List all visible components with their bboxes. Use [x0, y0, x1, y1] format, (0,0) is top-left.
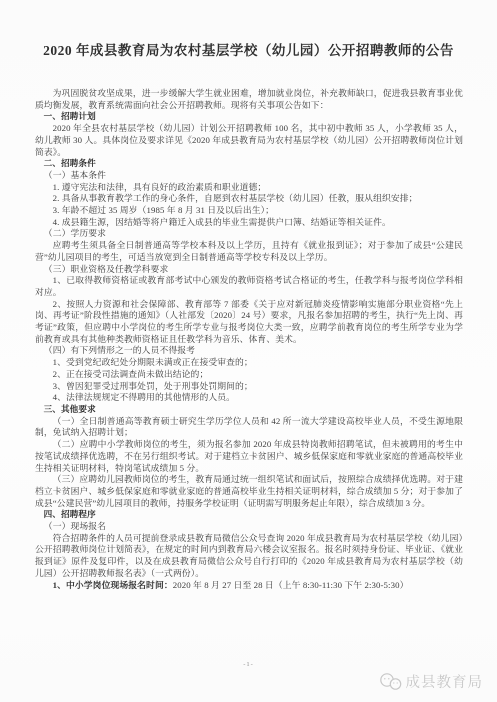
wechat-logo-icon	[379, 672, 403, 692]
doc-block-h1: 一、招聘计划	[35, 111, 463, 123]
doc-block-item: 1、已取得教师资格证或教育部考试中心颁发的教师资格考试合格证的考生，任教学科与报…	[35, 275, 463, 298]
doc-block-para: （三）应聘幼儿园教师岗位的考生，教育局通过统一组织笔试和面试后，按照综合成绩择优…	[35, 474, 463, 509]
doc-block-item: 2、正在接受司法调查尚未做出结论的；	[35, 369, 463, 381]
doc-block-item: 1、中小学岗位现场报名时间：2020 年 8 月 27 日至 28 日（上午 8…	[35, 580, 463, 592]
document-body: 为巩固脱贫攻坚成果，进一步缓解大学生就业困难，增加就业岗位，补充教师缺口，促进我…	[35, 88, 463, 591]
watermark: 成县教育局	[379, 671, 484, 692]
doc-block-item: 3. 年龄不超过 35 周岁（1985 年 8 月 31 日及以后出生）；	[35, 205, 463, 217]
doc-block-para: （二）应聘中小学教师岗位的考生，须为报名参加 2020 年成县特岗教师招聘笔试，…	[35, 439, 463, 474]
doc-block-h2: （一）现场报名	[35, 521, 463, 533]
doc-block-h2: （四）有下列情形之一的人员不得报考	[35, 345, 463, 357]
document-title: 2020 年成县教育局为农村基层学校（幼儿园）公开招聘教师的公告	[25, 42, 472, 60]
doc-block-para: 为巩固脱贫攻坚成果，进一步缓解大学生就业困难，增加就业岗位，补充教师缺口，促进我…	[35, 88, 463, 111]
page-number: -1-	[0, 661, 497, 668]
doc-block-h1: 四、招聘程序	[35, 509, 463, 521]
doc-block-h1: 三、其他要求	[35, 404, 463, 416]
doc-block-para: 2020 年全县农村基层学校（幼儿园）计划公开招聘教师 100 名，其中初中教师…	[35, 123, 463, 158]
doc-block-h1: 二、招聘条件	[35, 158, 463, 170]
doc-block-h2: （二）学历要求	[35, 228, 463, 240]
doc-block-h2: （三）职业资格及任教学科要求	[35, 264, 463, 276]
doc-block-para: 符合招聘条件的人员可提前登录成县教育局微信公众号查询 2020 年成县教育局为农…	[35, 533, 463, 580]
doc-block-para: 应聘考生须具备全日制普通高等学校本科及以上学历，且持有《就业报到证》；对于参加了…	[35, 240, 463, 263]
watermark-label: 成县教育局	[406, 671, 484, 692]
doc-block-item: 4. 成县籍生源，因结婚等将户籍迁入成县的毕业生需提供户口簿、结婚证等相关证件。	[35, 217, 463, 229]
doc-block-item: 4、法律法规规定不得聘用的其他情形的人员。	[35, 392, 463, 404]
doc-block-para: （一）全日制普通高等教育硕士研究生学历学位人员和 42 所一流大学建设高校毕业人…	[35, 416, 463, 439]
doc-block-h2: （一）基本条件	[35, 170, 463, 182]
doc-block-item: 1. 遵守宪法和法律，具有良好的政治素质和职业道德；	[35, 182, 463, 194]
doc-block-item: 3、曾因犯罪受过刑事处罚，处于刑事处罚期间的；	[35, 381, 463, 393]
doc-block-item: 1、受到党纪政纪处分期限未满或正在接受审查的；	[35, 357, 463, 369]
doc-block-item: 2、按照人力资源和社会保障部、教育部等 7 部委《关于应对新冠肺炎疫情影响实施部…	[35, 299, 463, 346]
doc-block-label: 1、中小学岗位现场报名时间：	[53, 580, 173, 590]
doc-block-item: 2. 具备从事教育教学工作的身心条件，自愿到农村基层学校（幼儿园）任教，服从组织…	[35, 193, 463, 205]
document-page: 2020 年成县教育局为农村基层学校（幼儿园）公开招聘教师的公告 为巩固脱贫攻坚…	[0, 0, 497, 702]
